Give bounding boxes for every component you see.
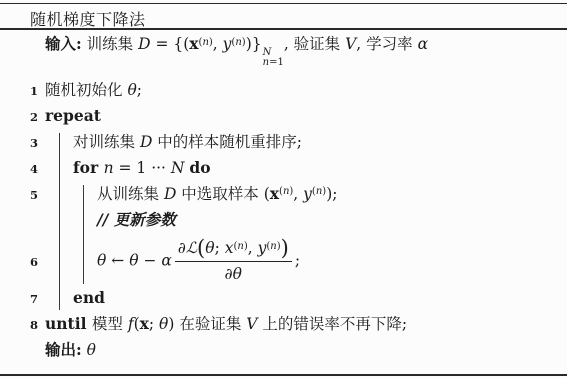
big-delimiter: (	[197, 236, 205, 260]
math-variable: f	[128, 315, 134, 333]
algorithm-block-depth-1: 3对训练集 D 中的样本随机重排序;4for n = 1 ··· N do5从训…	[0, 132, 567, 314]
line-number: 3	[0, 136, 38, 150]
comment-text: // 更新参数	[97, 210, 176, 229]
line-number: 4	[0, 162, 38, 176]
line-content: until 模型 f(x; θ) 在验证集 V 上的错误率不再下降;	[45, 314, 407, 335]
line-content: for n = 1 ··· N do	[73, 158, 211, 179]
script-letter: D	[164, 185, 176, 203]
math-variable: n	[202, 37, 208, 48]
math-superscript: (n)	[266, 241, 280, 252]
line-content: end	[73, 288, 105, 309]
line-content: 对训练集 D 中的样本随机重排序;	[73, 132, 302, 153]
math-variable: θ	[205, 239, 214, 257]
math-superscript: (n)	[199, 37, 213, 48]
bold-text: do	[189, 158, 210, 177]
math-supsub-stack: Nn=1	[263, 48, 284, 69]
line-number: 1	[0, 84, 38, 98]
math-variable: θ	[97, 252, 106, 270]
script-letter: D	[138, 35, 150, 53]
math-superscript: (n)	[233, 241, 247, 252]
line-content: 随机初始化 θ;	[45, 80, 142, 101]
math-variable: n	[263, 57, 269, 68]
bold-text: until	[45, 314, 92, 333]
math-variable: α	[161, 252, 171, 270]
math-superscript: (n)	[231, 37, 245, 48]
math-variable: n	[235, 37, 241, 48]
algorithm-line-1: 1随机初始化 θ;	[0, 80, 567, 106]
algorithm-block-depth-2: 5从训练集 D 中选取样本 (x(n), y(n));// 更新参数6θ ← θ…	[0, 184, 567, 288]
script-letter: V	[246, 315, 257, 333]
math-fraction: ∂ℒ(θ; x(n), y(n))∂θ	[175, 238, 292, 285]
bold-text: x	[270, 184, 279, 203]
math-variable: N	[171, 159, 185, 177]
line-number: 6	[0, 255, 38, 269]
math-sub-limit: n=1	[263, 58, 284, 69]
math-variable: n	[237, 241, 243, 252]
algorithm-line-2: 2repeat	[0, 106, 567, 132]
math-superscript: (n)	[279, 186, 293, 197]
script-letter: D	[140, 133, 152, 151]
line-content: 输入: 训练集 D = {(x(n), y(n))}Nn=1, 验证集 V, 学…	[45, 34, 428, 69]
fraction-denominator: ∂θ	[175, 262, 292, 285]
line-content: // 更新参数	[97, 210, 176, 231]
algorithm-body: 输入: 训练集 D = {(x(n), y(n))}Nn=1, 验证集 V, 学…	[0, 30, 567, 366]
line-content: 从训练集 D 中选取样本 (x(n), y(n));	[97, 184, 337, 205]
math-variable: θ	[129, 252, 138, 270]
bold-text: for	[73, 158, 104, 177]
bold-text: repeat	[45, 106, 101, 125]
vertical-rule	[83, 185, 84, 284]
math-variable: n	[283, 186, 289, 197]
line-content: repeat	[45, 106, 101, 127]
math-variable: N	[263, 47, 272, 58]
math-variable: n	[104, 159, 114, 177]
line-number: 2	[0, 110, 38, 124]
algorithm-title-row: 随机梯度下降法	[0, 4, 567, 28]
bold-text: x	[140, 314, 149, 333]
math-variable: n	[316, 186, 322, 197]
bold-text: end	[73, 288, 105, 307]
algorithm-line-7: 7end	[0, 288, 567, 314]
fraction-numerator: ∂ℒ(θ; x(n), y(n))	[175, 238, 292, 262]
math-superscript: (n)	[312, 186, 326, 197]
algorithm-title: 随机梯度下降法	[30, 10, 146, 29]
math-variable: θ	[159, 315, 168, 333]
math-variable: y	[303, 185, 312, 203]
math-variable: θ	[87, 341, 96, 359]
algorithm-input-line: 输入: 训练集 D = {(x(n), y(n))}Nn=1, 验证集 V, 学…	[0, 34, 567, 69]
bold-text: x	[189, 34, 198, 53]
algorithm-output-line: 输出: θ	[0, 340, 567, 366]
line-number: 5	[0, 188, 38, 202]
line-number: 7	[0, 292, 38, 306]
line-number: 8	[0, 318, 38, 332]
line-content: 输出: θ	[45, 340, 96, 361]
algorithm-line-4: 4for n = 1 ··· N do	[0, 158, 567, 184]
bold-text: 输入:	[45, 34, 82, 53]
bottom-rule	[0, 374, 567, 376]
big-delimiter: )	[281, 236, 289, 260]
math-variable: n	[270, 241, 276, 252]
algorithm-line-8: 8until 模型 f(x; θ) 在验证集 V 上的错误率不再下降;	[0, 314, 567, 340]
algorithm-line-3: 3对训练集 D 中的样本随机重排序;	[0, 132, 567, 158]
math-variable: θ	[127, 81, 136, 99]
script-letter: ℒ	[186, 239, 197, 257]
algorithm-line-6: 6θ ← θ − α∂ℒ(θ; x(n), y(n))∂θ;	[0, 236, 567, 288]
line-content: θ ← θ − α∂ℒ(θ; x(n), y(n))∂θ;	[97, 238, 300, 285]
math-variable: θ	[233, 265, 242, 283]
algorithm-box: 随机梯度下降法 输入: 训练集 D = {(x(n), y(n))}Nn=1, …	[0, 0, 567, 379]
math-variable: α	[418, 35, 428, 53]
algorithm-line: // 更新参数	[0, 210, 567, 236]
script-letter: V	[345, 35, 356, 53]
bold-text: 输出:	[45, 340, 82, 359]
algorithm-line-5: 5从训练集 D 中选取样本 (x(n), y(n));	[0, 184, 567, 210]
